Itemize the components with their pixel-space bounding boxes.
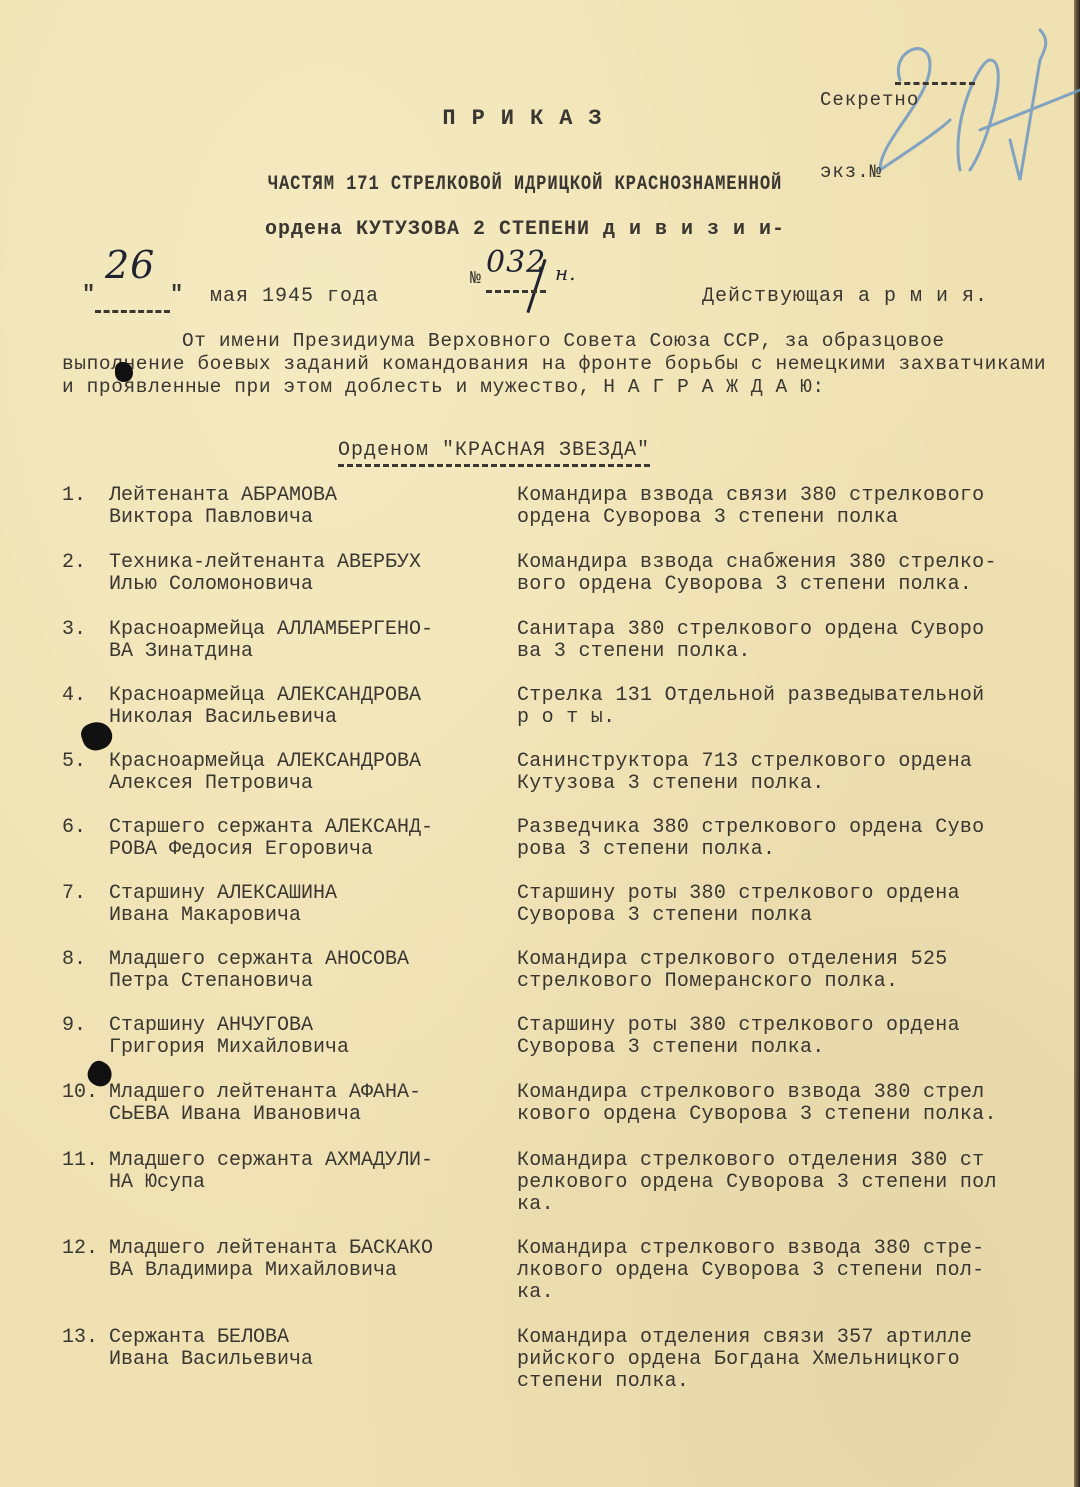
document-title: ПРИКАЗ xyxy=(0,108,1060,130)
date-quote-open: " xyxy=(82,284,96,306)
awardee-name: Младшего лейтенанта БАСКАКО ВА Владимира… xyxy=(109,1238,529,1282)
awardee-position: Разведчика 380 стрелкового ордена Суво р… xyxy=(517,817,1077,861)
awardee-name: Техника-лейтенанта АВЕРБУХ Илью Соломоно… xyxy=(109,552,529,596)
awardee-number: 4. xyxy=(62,685,107,707)
exemplar-underline xyxy=(895,82,975,85)
order-number-suffix: н. xyxy=(555,262,577,284)
awardee-position: Стрелка 131 Отдельной разведывательной р… xyxy=(517,685,1077,729)
awardee-position: Командира взвода снабжения 380 стрелко- … xyxy=(517,552,1077,596)
awardee-name: Сержанта БЕЛОВА Ивана Васильевича xyxy=(109,1327,529,1371)
awardee-number: 8. xyxy=(62,949,107,971)
awardee-position: Старшину роты 380 стрелкового ордена Сув… xyxy=(517,1015,1077,1059)
awardee-name: Красноармейца АЛЕКСАНДРОВА Алексея Петро… xyxy=(109,751,529,795)
date-day-handwritten: 26 xyxy=(105,254,155,276)
awardee-name: Старшину АЛЕКСАШИНА Ивана Макаровича xyxy=(109,883,529,927)
heading-line-2: ордена КУТУЗОВА 2 СТЕПЕНИ д и в и з и и- xyxy=(0,219,1050,241)
awardee-number: 7. xyxy=(62,883,107,905)
awardee-number: 1. xyxy=(62,485,107,507)
preamble-paragraph: От имени Президиума Верховного Совета Со… xyxy=(62,330,1062,399)
awardee-position: Командира взвода связи 380 стрелкового о… xyxy=(517,485,1077,529)
awardee-name: Старшину АНЧУГОВА Григория Михайловича xyxy=(109,1015,529,1059)
date-month-year: мая 1945 года xyxy=(210,286,379,308)
awardee-position: Командира стрелкового отделения 380 ст р… xyxy=(517,1150,1077,1216)
preamble-text: От имени Президиума Верховного Совета Со… xyxy=(62,330,1046,398)
award-heading: Орденом "КРАСНАЯ ЗВЕЗДА" xyxy=(338,440,650,467)
awardee-number: 2. xyxy=(62,552,107,574)
date-underline xyxy=(95,310,170,313)
awardee-number: 3. xyxy=(62,619,107,641)
heading-line-1: ЧАСТЯМ 171 СТРЕЛКОВОЙ ИДРИЦКОЙ КРАСНОЗНА… xyxy=(74,174,977,196)
location-text: Действующая а р м и я. xyxy=(702,286,988,308)
awardee-position: Санинструктора 713 стрелкового ордена Ку… xyxy=(517,751,1077,795)
awardee-name: Красноармейца АЛЛАМБЕРГЕНО- ВА Зинатдина xyxy=(109,619,529,663)
awardee-number: 9. xyxy=(62,1015,107,1037)
awardee-name: Младшего сержанта АНОСОВА Петра Степанов… xyxy=(109,949,529,993)
awardee-position: Командира стрелкового взвода 380 стре- л… xyxy=(517,1238,1077,1304)
awardee-number: 11. xyxy=(62,1150,107,1172)
awardee-number: 5. xyxy=(62,751,107,773)
awardee-position: Командира стрелкового взвода 380 стрел к… xyxy=(517,1082,1077,1126)
awardee-number: 12. xyxy=(62,1238,107,1260)
date-quote-close: " xyxy=(170,284,184,306)
awardee-name: Младшего лейтенанта АФАНА- СЬЕВА Ивана И… xyxy=(109,1082,529,1126)
order-number-handwritten: 032 xyxy=(486,252,546,274)
awardee-name: Красноармейца АЛЕКСАНДРОВА Николая Васил… xyxy=(109,685,529,729)
awardee-position: Командира отделения связи 357 артилле ри… xyxy=(517,1327,1077,1393)
ink-blot xyxy=(115,362,133,382)
awardee-name: Младшего сержанта АХМАДУЛИ- НА Юсупа xyxy=(109,1150,529,1194)
awardee-position: Санитара 380 стрелкового ордена Суворо в… xyxy=(517,619,1077,663)
awardee-name: Старшего сержанта АЛЕКСАНД- РОВА Федосия… xyxy=(109,817,529,861)
awardee-number: 6. xyxy=(62,817,107,839)
order-number-underline xyxy=(486,290,546,293)
order-number-sign: № xyxy=(470,268,482,290)
awardee-number: 13. xyxy=(62,1327,107,1349)
awardee-name: Лейтенанта АБРАМОВА Виктора Павловича xyxy=(109,485,529,529)
awardee-position: Командира стрелкового отделения 525 стре… xyxy=(517,949,1077,993)
awardee-position: Старшину роты 380 стрелкового ордена Сув… xyxy=(517,883,1077,927)
